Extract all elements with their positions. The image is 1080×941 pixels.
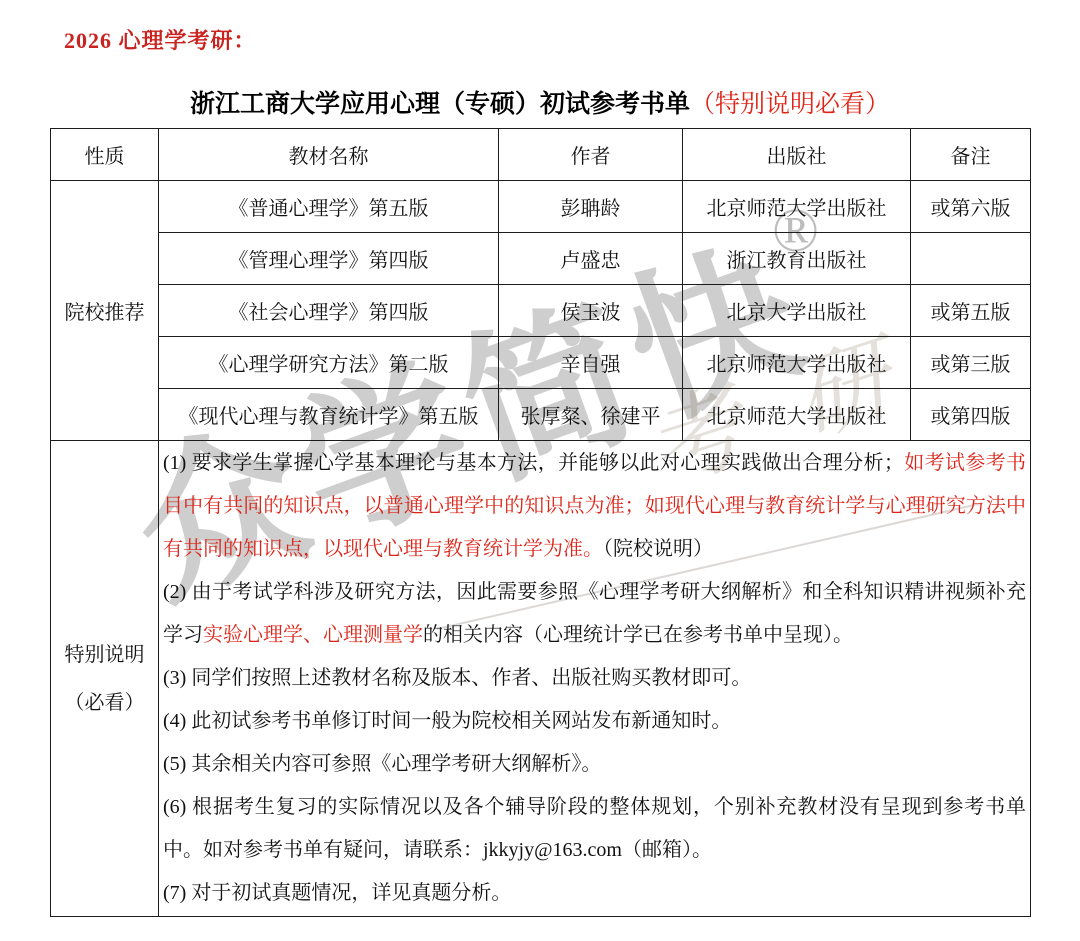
book-author: 侯玉波	[499, 285, 683, 337]
special-label-line1: 特别说明	[55, 631, 154, 679]
book-publisher: 北京师范大学出版社	[683, 181, 911, 233]
title-main-text: 浙江工商大学应用心理（专硕）初试参考书单	[190, 90, 690, 118]
note-text: 的相关内容（心理统计学已在参考书单中呈现）。	[423, 624, 853, 646]
note-text: (6) 根据考生复习的实际情况以及各个辅导阶段的整体规划，个别补充教材没有呈现到…	[163, 796, 1026, 861]
book-publisher: 北京大学出版社	[683, 285, 911, 337]
note-text: (1) 要求学生掌握心学基本理论与基本方法，并能够以此对心理实践做出合理分析；	[163, 452, 904, 474]
note-item-7: (7) 对于初试真题情况，详见真题分析。	[163, 872, 1026, 915]
table-row-book-4: 《心理学研究方法》第二版 辛自强 北京师范大学出版社 或第三版	[51, 337, 1031, 389]
note-item-2: (2) 由于考试学科涉及研究方法，因此需要参照《心理学考研大纲解析》和全科知识精…	[163, 571, 1026, 657]
table-header-row: 性质 教材名称 作者 出版社 备注	[51, 129, 1031, 181]
table-row-book-2: 《管理心理学》第四版 卢盛忠 浙江教育出版社	[51, 233, 1031, 285]
col-header-publisher: 出版社	[683, 129, 911, 181]
note-text: (7) 对于初试真题情况，详见真题分析。	[163, 882, 511, 904]
book-name: 《管理心理学》第四版	[159, 233, 499, 285]
note-text: (4) 此初试参考书单修订时间一般为院校相关网站发布新通知时。	[163, 710, 731, 732]
book-name: 《社会心理学》第四版	[159, 285, 499, 337]
book-name: 《现代心理与教育统计学》第五版	[159, 389, 499, 441]
note-text: （院校说明）	[603, 538, 713, 560]
special-label-line2: （必看）	[55, 679, 154, 727]
col-header-remark: 备注	[911, 129, 1031, 181]
book-author: 彭聃龄	[499, 181, 683, 233]
table-row-book-5: 《现代心理与教育统计学》第五版 张厚粲、徐建平 北京师范大学出版社 或第四版	[51, 389, 1031, 441]
reference-book-table: 性质 教材名称 作者 出版社 备注 院校推荐 《普通心理学》第五版 彭聃龄 北京…	[50, 128, 1031, 917]
table-row-book-3: 《社会心理学》第四版 侯玉波 北京大学出版社 或第五版	[51, 285, 1031, 337]
note-item-1: (1) 要求学生掌握心学基本理论与基本方法，并能够以此对心理实践做出合理分析；如…	[163, 442, 1026, 571]
book-note	[911, 233, 1031, 285]
note-text: (5) 其余相关内容可参照《心理学考研大纲解析》。	[163, 753, 601, 775]
book-publisher: 北京师范大学出版社	[683, 389, 911, 441]
col-header-nature: 性质	[51, 129, 159, 181]
col-header-author: 作者	[499, 129, 683, 181]
title-note-text: （特别说明必看）	[690, 91, 890, 118]
book-author: 辛自强	[499, 337, 683, 389]
note-text: (3) 同学们按照上述教材名称及版本、作者、出版社购买教材即可。	[163, 667, 751, 689]
book-author: 张厚粲、徐建平	[499, 389, 683, 441]
book-note: 或第三版	[911, 337, 1031, 389]
note-item-6: (6) 根据考生复习的实际情况以及各个辅导阶段的整体规划，个别补充教材没有呈现到…	[163, 786, 1026, 872]
special-label-cell: 特别说明 （必看）	[51, 441, 159, 917]
special-notes-cell: (1) 要求学生掌握心学基本理论与基本方法，并能够以此对心理实践做出合理分析；如…	[159, 441, 1031, 917]
book-publisher: 浙江教育出版社	[683, 233, 911, 285]
note-item-4: (4) 此初试参考书单修订时间一般为院校相关网站发布新通知时。	[163, 700, 1026, 743]
topic-heading: 2026 心理学考研：	[64, 24, 257, 55]
note-text-highlight: 实验心理学、心理测量学	[203, 624, 423, 646]
book-note: 或第六版	[911, 181, 1031, 233]
book-name: 《普通心理学》第五版	[159, 181, 499, 233]
book-publisher: 北京师范大学出版社	[683, 337, 911, 389]
document-title: 浙江工商大学应用心理（专硕）初试参考书单（特别说明必看）	[0, 84, 1080, 120]
col-header-book-name: 教材名称	[159, 129, 499, 181]
book-note: 或第四版	[911, 389, 1031, 441]
special-notes-row: 特别说明 （必看） (1) 要求学生掌握心学基本理论与基本方法，并能够以此对心理…	[51, 441, 1031, 917]
book-author: 卢盛忠	[499, 233, 683, 285]
book-name: 《心理学研究方法》第二版	[159, 337, 499, 389]
group-label-recommended: 院校推荐	[51, 181, 159, 441]
book-note: 或第五版	[911, 285, 1031, 337]
note-item-5: (5) 其余相关内容可参照《心理学考研大纲解析》。	[163, 743, 1026, 786]
note-item-3: (3) 同学们按照上述教材名称及版本、作者、出版社购买教材即可。	[163, 657, 1026, 700]
table-row-book-1: 院校推荐 《普通心理学》第五版 彭聃龄 北京师范大学出版社 或第六版	[51, 181, 1031, 233]
